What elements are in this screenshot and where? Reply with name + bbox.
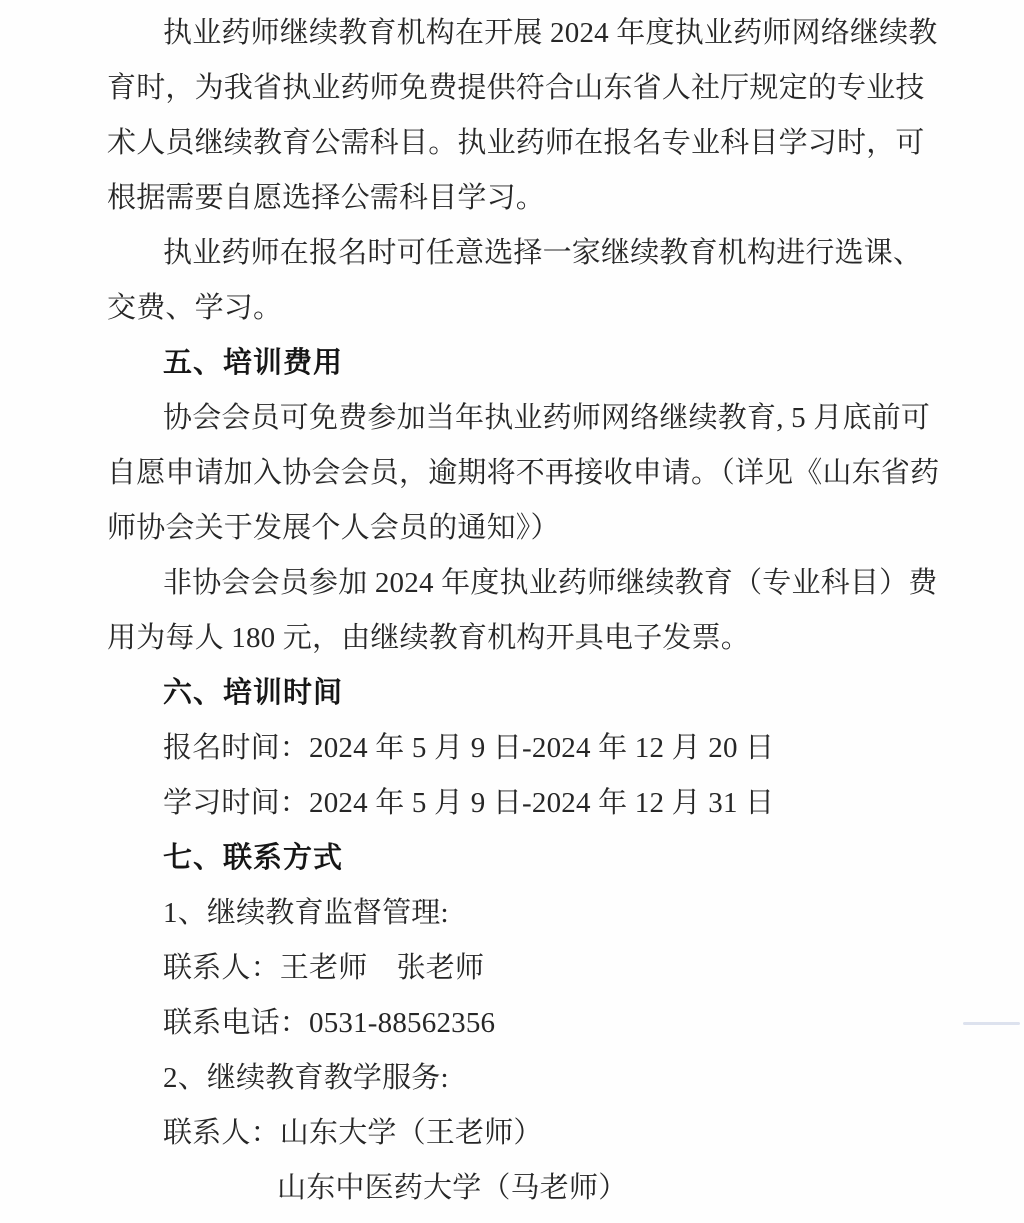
contact-teaching-label: 2、继续教育教学服务: (107, 1051, 957, 1106)
training-fee-line: 用为每人 180 元，由继续教育机构开具电子发票。 (107, 611, 957, 666)
training-fee-line: 师协会关于发展个人会员的通知》） (107, 501, 957, 556)
scan-artifact-line (963, 1022, 1020, 1025)
enrollment-paragraph-line: 执业药师在报名时可任意选择一家继续教育机构进行选课、 (107, 226, 957, 281)
contact-university-line: 联系人：山东大学（王老师） (107, 1106, 957, 1161)
training-fee-line: 协会会员可免费参加当年执业药师网络继续教育, 5 月底前可 (107, 391, 957, 446)
enrollment-paragraph-line: 交费、学习。 (107, 281, 957, 336)
training-fee-line: 非协会会员参加 2024 年度执业药师继续教育（专业科目）费 (107, 556, 957, 611)
heading-training-time: 六、培训时间 (107, 666, 957, 721)
contact-person-line: 联系人：王老师 张老师 (107, 941, 957, 996)
registration-period-line: 报名时间：2024 年 5 月 9 日-2024 年 12 月 20 日 (107, 721, 957, 776)
contact-supervision-label: 1、继续教育监督管理: (107, 886, 957, 941)
heading-training-fee: 五、培训费用 (107, 336, 957, 391)
contact-university-line: 山东中医药大学（马老师） (107, 1161, 957, 1216)
intro-paragraph-line: 育时，为我省执业药师免费提供符合山东省人社厅规定的专业技 (107, 61, 957, 116)
intro-paragraph-line: 术人员继续教育公需科目。执业药师在报名专业科目学习时，可 (107, 116, 957, 171)
intro-paragraph-line: 根据需要自愿选择公需科目学习。 (107, 171, 957, 226)
intro-paragraph-line: 执业药师继续教育机构在开展 2024 年度执业药师网络继续教 (107, 6, 957, 61)
document-body: 执业药师继续教育机构在开展 2024 年度执业药师网络继续教 育时，为我省执业药… (107, 6, 957, 1216)
document-page: 执业药师继续教育机构在开展 2024 年度执业药师网络继续教 育时，为我省执业药… (0, 0, 1024, 1223)
training-fee-line: 自愿申请加入协会会员，逾期将不再接收申请。（详见《山东省药 (107, 446, 957, 501)
contact-phone-line: 联系电话：0531-88562356 (107, 996, 957, 1051)
heading-contact-info: 七、联系方式 (107, 831, 957, 886)
study-period-line: 学习时间：2024 年 5 月 9 日-2024 年 12 月 31 日 (107, 776, 957, 831)
